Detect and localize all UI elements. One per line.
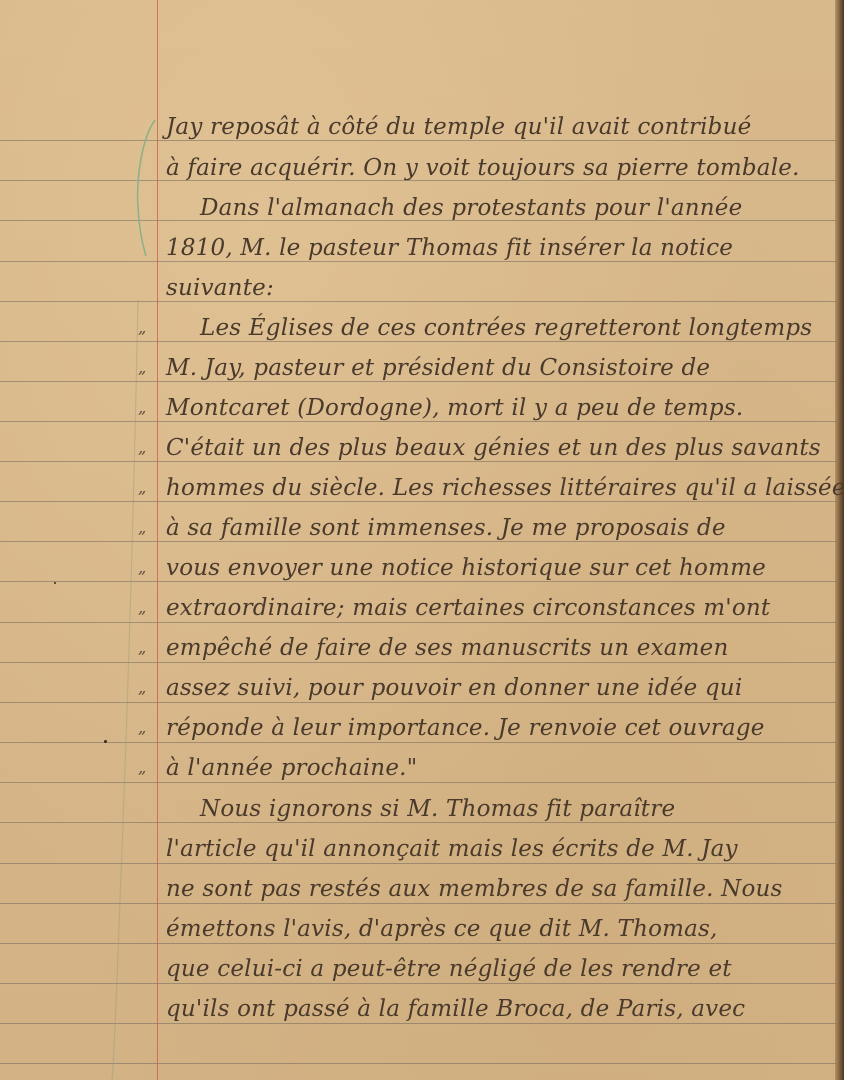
manuscript-line: empêché de faire de ses manuscrits un ex… [166, 633, 729, 663]
continuation-quote-mark: „ [138, 318, 146, 337]
manuscript-line: assez suivi, pour pouvoir en donner une … [166, 673, 742, 703]
manuscript-line: Dans l'almanach des protestants pour l'a… [200, 193, 742, 223]
continuation-quote-mark: „ [138, 518, 146, 537]
continuation-quote-mark: „ [138, 638, 146, 657]
continuation-quote-mark: „ [138, 478, 146, 497]
manuscript-page: Jay reposât à côté du temple qu'il avait… [0, 0, 844, 1080]
manuscript-line: Nous ignorons si M. Thomas fit paraître [200, 794, 675, 824]
green-pencil-bracket [128, 118, 158, 258]
manuscript-line: l'article qu'il annonçait mais les écrit… [166, 834, 738, 864]
manuscript-line: suivante: [166, 273, 274, 303]
continuation-quote-mark: „ [138, 718, 146, 737]
page-binding-edge [835, 0, 844, 1080]
manuscript-line: à l'année prochaine." [166, 753, 417, 783]
manuscript-line: 1810, M. le pasteur Thomas fit insérer l… [166, 233, 733, 263]
continuation-quote-mark: „ [138, 598, 146, 617]
continuation-quote-mark: „ [138, 558, 146, 577]
manuscript-line: qu'ils ont passé à la famille Broca, de … [166, 994, 745, 1024]
manuscript-line: extraordinaire; mais certaines circonsta… [166, 593, 770, 623]
manuscript-line: à faire acquérir. On y voit toujours sa … [166, 153, 800, 183]
continuation-quote-mark: „ [138, 358, 146, 377]
manuscript-line: vous envoyer une notice historique sur c… [166, 553, 766, 583]
manuscript-line: Montcaret (Dordogne), mort il y a peu de… [166, 393, 743, 423]
manuscript-line: à sa famille sont immenses. Je me propos… [166, 513, 726, 543]
manuscript-line: ne sont pas restés aux membres de sa fam… [166, 874, 783, 904]
continuation-quote-mark: „ [138, 398, 146, 417]
manuscript-line: que celui-ci a peut-être négligé de les … [166, 954, 732, 984]
manuscript-line: Jay reposât à côté du temple qu'il avait… [166, 112, 751, 142]
manuscript-line: hommes du siècle. Les richesses littérai… [166, 473, 844, 503]
continuation-quote-mark: „ [138, 678, 146, 697]
continuation-quote-mark: „ [138, 438, 146, 457]
manuscript-line: C'était un des plus beaux génies et un d… [166, 433, 821, 463]
continuation-quote-mark: „ [138, 758, 146, 777]
ink-speck [54, 582, 56, 584]
manuscript-line: Les Églises de ces contrées regretteront… [200, 313, 812, 343]
manuscript-line: M. Jay, pasteur et président du Consisto… [166, 353, 710, 383]
manuscript-line: émettons l'avis, d'après ce que dit M. T… [166, 914, 718, 944]
ink-speck [104, 740, 107, 743]
manuscript-line: réponde à leur importance. Je renvoie ce… [166, 713, 765, 743]
